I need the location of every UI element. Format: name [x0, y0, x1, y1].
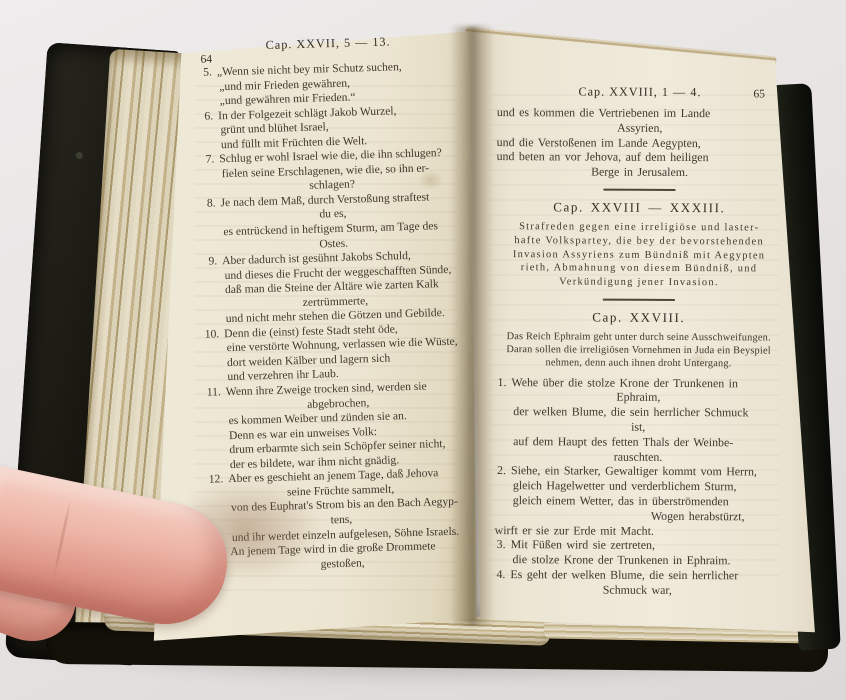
- text-line: Strafreden gegen eine irreligiöse und la…: [488, 220, 790, 235]
- text-line: Assyrien,: [489, 120, 791, 136]
- verse-text: ist,: [631, 420, 645, 434]
- verse-number: 3.: [487, 537, 506, 552]
- verse-text: und es kommen die Vertriebenen im Lande: [497, 105, 711, 120]
- verse-number: 7.: [195, 153, 214, 168]
- verse-number: 8.: [196, 196, 215, 211]
- verse-text: Assyrien,: [617, 120, 662, 134]
- text-line: rauschten.: [487, 449, 789, 465]
- right-page-text: Cap. XXVIII, 1 — 4. 65 und es kommen die…: [486, 84, 791, 598]
- verse-text: der welken Blume, die sein herrlicher Sc…: [513, 404, 748, 419]
- text-line: Wogen herabstürzt,: [487, 508, 789, 524]
- verse-number: 10.: [200, 327, 219, 342]
- verse-text: auf dem Haupt des fetten Thals der Weinb…: [513, 434, 733, 449]
- text-line: rieth, Abmahnung von diesem Bündniß, und: [488, 261, 790, 276]
- text-line: auf dem Haupt des fetten Thals der Weinb…: [487, 434, 789, 450]
- text-line: und die Verstoßenen im Lande Aegypten,: [489, 135, 791, 151]
- verse-text: zertrümmerte,: [303, 294, 369, 309]
- text-line: 3.Mit Füßen wird sie zertreten,: [487, 537, 789, 553]
- verse-text: du es,: [319, 207, 346, 221]
- text-line: gleich einem Wetter, das in überströmend…: [487, 493, 789, 509]
- verse-text: Schmuck war,: [603, 582, 672, 596]
- verse-number: 1.: [487, 375, 506, 390]
- text-line: Ephraim,: [487, 389, 789, 405]
- verse-text: und verzehren ihr Laub.: [227, 368, 339, 384]
- text-line: ist,: [487, 419, 789, 435]
- text-line: und beten an vor Jehova, auf dem heilige…: [489, 149, 791, 165]
- text-line: 2.Siehe, ein Starker, Gewaltiger kommt v…: [487, 463, 789, 479]
- verse-text: und beten an vor Jehova, auf dem heilige…: [497, 149, 709, 164]
- verse-text: die stolze Krone der Trunkenen in Ephrai…: [512, 552, 730, 567]
- verse-text: Wogen herabstürzt,: [651, 509, 745, 523]
- verse-text: rauschten.: [614, 449, 663, 463]
- text-line: die stolze Krone der Trunkenen in Ephrai…: [486, 552, 788, 568]
- verse-text: schlagen?: [309, 178, 355, 192]
- verse-text: und die Verstoßenen im Lande Aegypten,: [497, 135, 701, 150]
- verse-number: 5.: [193, 65, 212, 80]
- verse-text: gleich Hagelwetter und verderblichem Stu…: [513, 478, 737, 493]
- text-line: wirft er sie zur Erde mit Macht.: [487, 523, 789, 539]
- right-header-title: Cap. XXVIII, 1 — 4.: [578, 84, 701, 99]
- right-running-header: Cap. XXVIII, 1 — 4. 65: [489, 84, 791, 107]
- verse-text: Ostes.: [319, 236, 348, 250]
- verse-number: 11.: [202, 385, 221, 400]
- verse-text: gestoßen,: [320, 556, 364, 570]
- verse-text: Mit Füßen wird sie zertreten,: [511, 537, 655, 552]
- section-divider: [603, 189, 675, 191]
- section-heading: Cap. XXVIII — XXXIII.: [488, 199, 790, 217]
- chapter-intro: Das Reich Ephraim geht unter durch seine…: [488, 330, 790, 371]
- chapter-heading: Cap. XXVIII.: [488, 309, 790, 327]
- verse-number: 4.: [486, 567, 505, 582]
- section-divider: [603, 299, 675, 301]
- verse-text: wirft er sie zur Erde mit Macht.: [495, 523, 654, 538]
- verse-number: 2.: [487, 463, 506, 478]
- text-line: gleich Hagelwetter und verderblichem Stu…: [487, 478, 789, 494]
- verse-number: 6.: [194, 109, 213, 124]
- text-line: 1.Wehe über die stolze Krone der Trunken…: [487, 375, 789, 391]
- text-line: Berge in Jerusalem.: [489, 164, 791, 180]
- verse-text: Siehe, ein Starker, Gewaltiger kommt vom…: [511, 463, 757, 478]
- text-line: und es kommen die Vertriebenen im Lande: [489, 105, 791, 121]
- verse-text: Es geht der welken Blume, die sein herrl…: [510, 567, 738, 582]
- text-line: hafte Volkspartey, die bey der bevorsteh…: [488, 234, 790, 249]
- text-line: nehmen, denn auch ihnen droht Untergang.: [488, 356, 790, 371]
- right-page-number: 65: [753, 87, 765, 100]
- text-line: 4.Es geht der welken Blume, die sein her…: [486, 567, 788, 583]
- left-header-title: Cap. XXVII, 5 — 13.: [265, 34, 390, 51]
- verse-text: abgebrochen,: [307, 396, 369, 411]
- text-line: der welken Blume, die sein herrlicher Sc…: [487, 404, 789, 420]
- verse-text: grünt und blühet Israel,: [220, 120, 329, 136]
- verse-text: Wehe über die stolze Krone der Trunkenen…: [511, 375, 738, 390]
- text-line: Daran sollen die irreligiösen Vornehmen …: [488, 343, 790, 358]
- right-opening-verses: und es kommen die Vertriebenen im LandeA…: [489, 105, 791, 181]
- text-line: Schmuck war,: [486, 582, 788, 598]
- verse-number: 9.: [198, 254, 217, 269]
- text-line: Verkündigung jener Invasion.: [488, 275, 790, 290]
- chapter-verses: 1.Wehe über die stolze Krone der Trunken…: [486, 375, 789, 599]
- verse-text: Berge in Jerusalem.: [591, 165, 688, 180]
- section-summary: Strafreden gegen eine irreligiöse und la…: [488, 220, 790, 291]
- verse-text: tens,: [330, 513, 352, 527]
- verse-text: Ephraim,: [616, 390, 660, 404]
- verse-text: gleich einem Wetter, das in überströmend…: [513, 493, 729, 508]
- left-page-number: 64: [200, 52, 212, 65]
